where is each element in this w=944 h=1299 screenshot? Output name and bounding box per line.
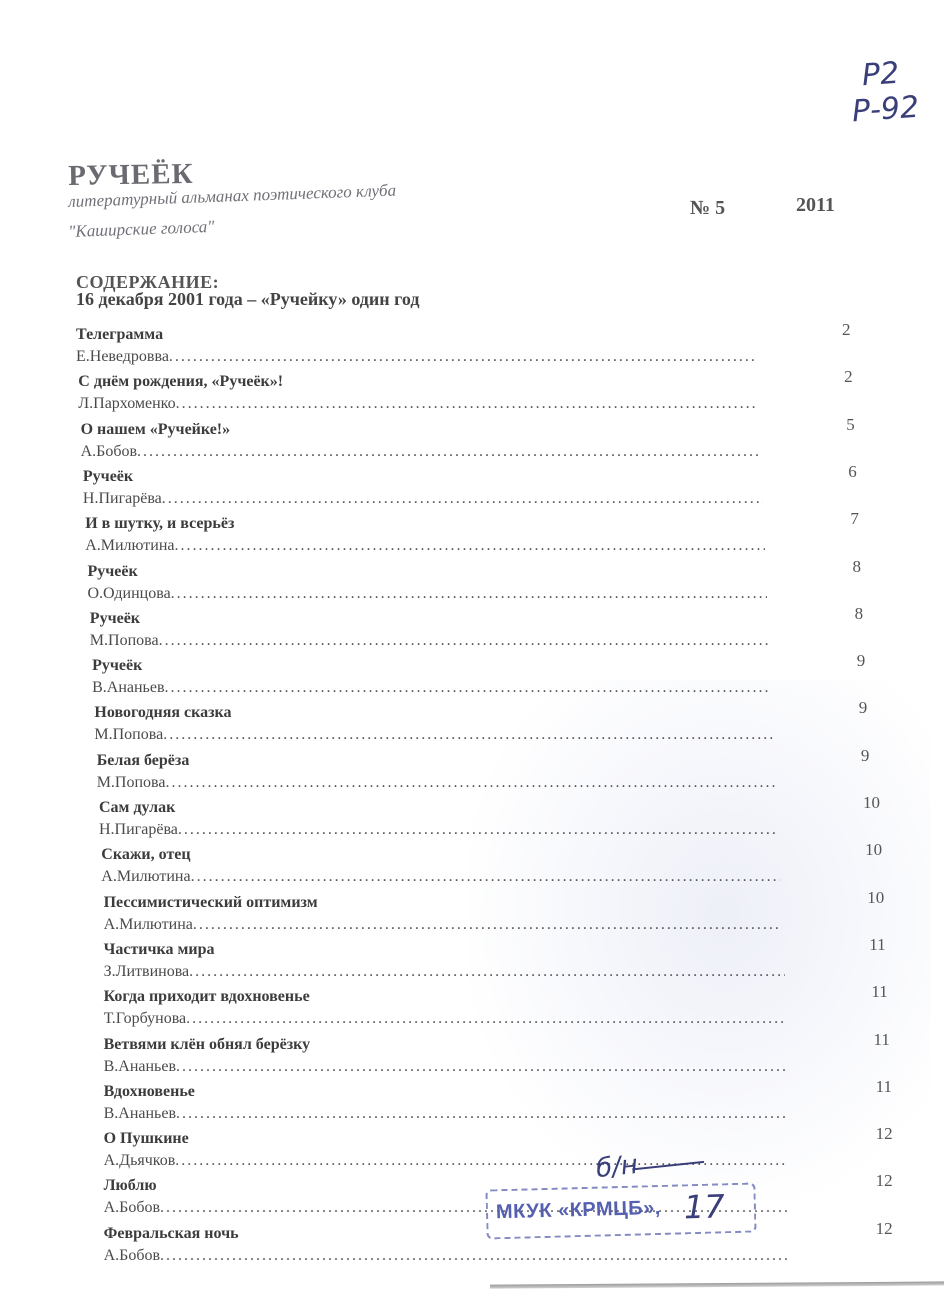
dot-leader: ........................................…	[162, 490, 763, 507]
entry-page-number: 8	[853, 557, 862, 577]
entry-author: М.Попова	[94, 726, 163, 743]
entry-title: О нашем «Ручейке!»	[81, 421, 231, 439]
entry-author-leader: Е.Неведровва............................…	[76, 348, 756, 366]
entry-page-number: 10	[863, 793, 880, 813]
entry-author: А.Милютина	[104, 916, 193, 933]
entry-author-leader: Н.Пигарёва..............................…	[83, 490, 763, 508]
handwritten-shelf-mark: Р2	[861, 59, 900, 92]
entry-page-number: 11	[876, 1077, 892, 1097]
entry-title: Февральская ночь	[104, 1225, 239, 1243]
entry-author: А.Дьячков	[104, 1152, 176, 1169]
issue-year: 2011	[796, 194, 835, 217]
dot-leader: ........................................…	[137, 443, 760, 460]
dot-leader: ........................................…	[160, 1247, 787, 1264]
entry-page-number: 2	[842, 320, 851, 340]
entry-author: А.Милютина	[85, 537, 174, 554]
entry-author: Е.Неведровва	[76, 348, 169, 365]
entry-page-number: 9	[857, 651, 866, 671]
entry-author: М.Попова	[97, 774, 166, 791]
entry-title: Телеграмма	[76, 326, 163, 344]
entry-title: И в шутку, и всерьёз	[85, 515, 234, 533]
club-name: "Каширские голоса"	[68, 217, 215, 242]
entry-author-leader: А.Милютина..............................…	[101, 868, 780, 886]
entry-author-leader: В.Ананьев...............................…	[92, 679, 771, 697]
entry-author-leader: М.Попова................................…	[94, 726, 773, 744]
entry-title: Когда приходит вдохновенье	[104, 988, 310, 1006]
dot-leader: ........................................…	[165, 774, 775, 791]
entry-title: Люблю	[104, 1177, 157, 1195]
dot-leader: ........................................…	[176, 1058, 787, 1075]
dot-leader: ........................................…	[193, 916, 783, 933]
dot-leader: ........................................…	[171, 585, 767, 602]
entry-author-leader: Л.Пархоменко............................…	[78, 395, 758, 413]
entry-author: Л.Пархоменко	[78, 395, 175, 412]
dot-leader: ........................................…	[174, 537, 764, 554]
entry-title: Белая берёза	[97, 752, 190, 770]
entry-title: Ручеёк	[83, 468, 133, 486]
dot-leader: ........................................…	[159, 632, 770, 649]
dot-leader: ........................................…	[169, 348, 756, 365]
entry-page-number: 11	[869, 935, 885, 955]
entry-title: Частичка мира	[104, 941, 215, 959]
entry-author-leader: В.Ананьев...............................…	[104, 1058, 787, 1076]
entry-author-leader: М.Попова................................…	[97, 774, 776, 792]
entry-page-number: 11	[874, 1030, 890, 1050]
entry-author: Н.Пигарёва	[83, 490, 162, 507]
dot-leader: ........................................…	[186, 1010, 787, 1027]
dot-leader: ........................................…	[176, 395, 759, 412]
entry-title: Ручеёк	[88, 563, 138, 581]
entry-page-number: 12	[876, 1171, 893, 1191]
entry-author: М.Попова	[90, 632, 159, 649]
entry-author: В.Ананьев	[104, 1105, 176, 1122]
entry-title: Пессимистический оптимизм	[104, 894, 318, 912]
entry-title: Вдохновенье	[104, 1083, 195, 1101]
entry-page-number: 9	[859, 698, 868, 718]
stamp-text: МКУК «КРМЦБ»,	[496, 1197, 661, 1224]
library-stamp: МКУК «КРМЦБ», 17	[485, 1182, 756, 1239]
entry-author: В.Ананьев	[92, 679, 164, 696]
stamp-number: 17	[683, 1187, 725, 1226]
issue-number: № 5	[690, 197, 725, 220]
entry-author-leader: М.Попова................................…	[90, 632, 769, 650]
entry-page-number: 10	[865, 840, 882, 860]
entry-page-number: 12	[876, 1124, 893, 1144]
entry-page-number: 10	[867, 888, 884, 908]
entry-author-leader: О.Одинцова..............................…	[88, 585, 768, 603]
dot-leader: ........................................…	[176, 1105, 787, 1122]
entry-page-number: 7	[850, 509, 859, 529]
entry-author: О.Одинцова	[88, 585, 171, 602]
entry-page-number: 8	[855, 604, 864, 624]
entry-page-number: 5	[846, 415, 855, 435]
entry-author: В.Ананьев	[104, 1058, 176, 1075]
entry-page-number: 2	[844, 367, 853, 387]
entry-title: Ветвями клён обнял берёзку	[104, 1036, 311, 1054]
entry-title: Сам дулак	[99, 799, 175, 817]
entry-title: Ручеёк	[92, 657, 142, 675]
entry-page-number: 11	[871, 982, 887, 1002]
entry-author: А.Бобов	[104, 1247, 160, 1264]
dot-leader: ........................................…	[178, 821, 778, 838]
entry-page-number: 12	[876, 1219, 893, 1239]
dot-leader: ........................................…	[175, 1152, 787, 1169]
entry-author-leader: А.Бобов.................................…	[104, 1247, 787, 1265]
entry-author-leader: Т.Горбунова.............................…	[104, 1010, 787, 1028]
entry-author-leader: А.Дьячков...............................…	[104, 1152, 787, 1170]
entry-title: С днём рождения, «Ручеёк»!	[78, 373, 283, 391]
entry-author-leader: А.Бобов.................................…	[81, 443, 761, 461]
entry-author-leader: З.Литвинова.............................…	[104, 963, 785, 981]
dot-leader: ........................................…	[165, 679, 772, 696]
entry-author: Н.Пигарёва	[99, 821, 178, 838]
entry-page-number: 9	[861, 746, 870, 766]
entry-author-leader: Н.Пигарёва..............................…	[99, 821, 778, 839]
entry-title: Новогодняя сказка	[94, 704, 231, 722]
page-edge	[490, 1281, 944, 1288]
entry-title: О Пушкине	[104, 1130, 189, 1148]
entry-author: А.Милютина	[101, 868, 190, 885]
dot-leader: ........................................…	[191, 868, 781, 885]
entry-author: З.Литвинова	[104, 963, 190, 980]
entry-author-leader: А.Милютина..............................…	[85, 537, 765, 555]
anniversary-line: 16 декабря 2001 года – «Ручейку» один го…	[76, 289, 419, 310]
entry-author-leader: В.Ананьев...............................…	[104, 1105, 787, 1123]
entry-title: Скажи, отец	[101, 846, 190, 864]
handwritten-stamp-mark: б/н	[595, 1150, 640, 1184]
entry-author: А.Бобов	[81, 443, 137, 460]
handwritten-catalog-mark: Р-92	[851, 93, 920, 128]
entry-page-number: 6	[848, 462, 857, 482]
dot-leader: ........................................…	[189, 963, 784, 980]
entry-author: А.Бобов	[104, 1199, 160, 1216]
entry-title: Ручеёк	[90, 610, 140, 628]
entry-author-leader: А.Милютина..............................…	[104, 916, 783, 934]
dot-leader: ........................................…	[163, 726, 773, 743]
entry-author: Т.Горбунова	[104, 1010, 187, 1027]
